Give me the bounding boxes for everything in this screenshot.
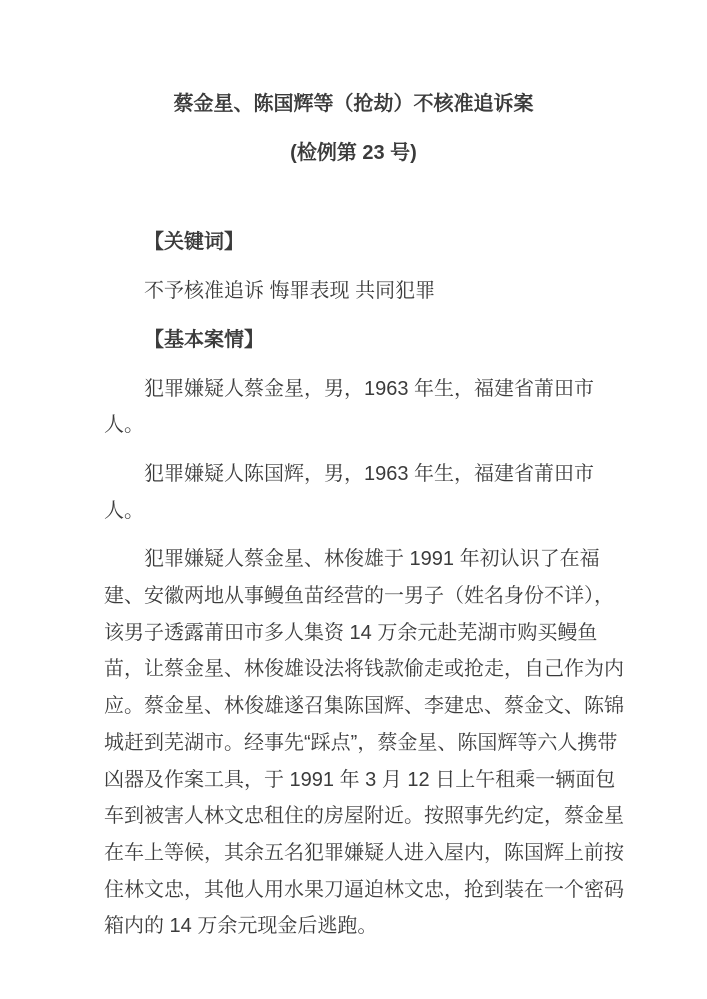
facts-heading: 【基本案情】 xyxy=(104,322,630,359)
keywords-heading: 【关键词】 xyxy=(104,224,630,261)
fact-paragraph-case-details: 犯罪嫌疑人蔡金星、林俊雄于 1991 年初认识了在福建、安徽两地从事鳗鱼苗经营的… xyxy=(104,541,630,945)
document-title: 蔡金星、陈国辉等（抢劫）不核准追诉案 xyxy=(0,86,707,123)
document-page: 蔡金星、陈国辉等（抢劫）不核准追诉案 (检例第 23 号) 【关键词】 不予核准… xyxy=(0,0,707,999)
fact-paragraph-suspect-1: 犯罪嫌疑人蔡金星，男，1963 年生，福建省莆田市人。 xyxy=(104,371,630,444)
fact-paragraph-suspect-2: 犯罪嫌疑人陈国辉，男，1963 年生，福建省莆田市人。 xyxy=(104,456,630,529)
keywords-text: 不予核准追诉 悔罪表现 共同犯罪 xyxy=(104,273,630,310)
case-number: (检例第 23 号) xyxy=(0,135,707,172)
vertical-spacer xyxy=(104,183,630,224)
